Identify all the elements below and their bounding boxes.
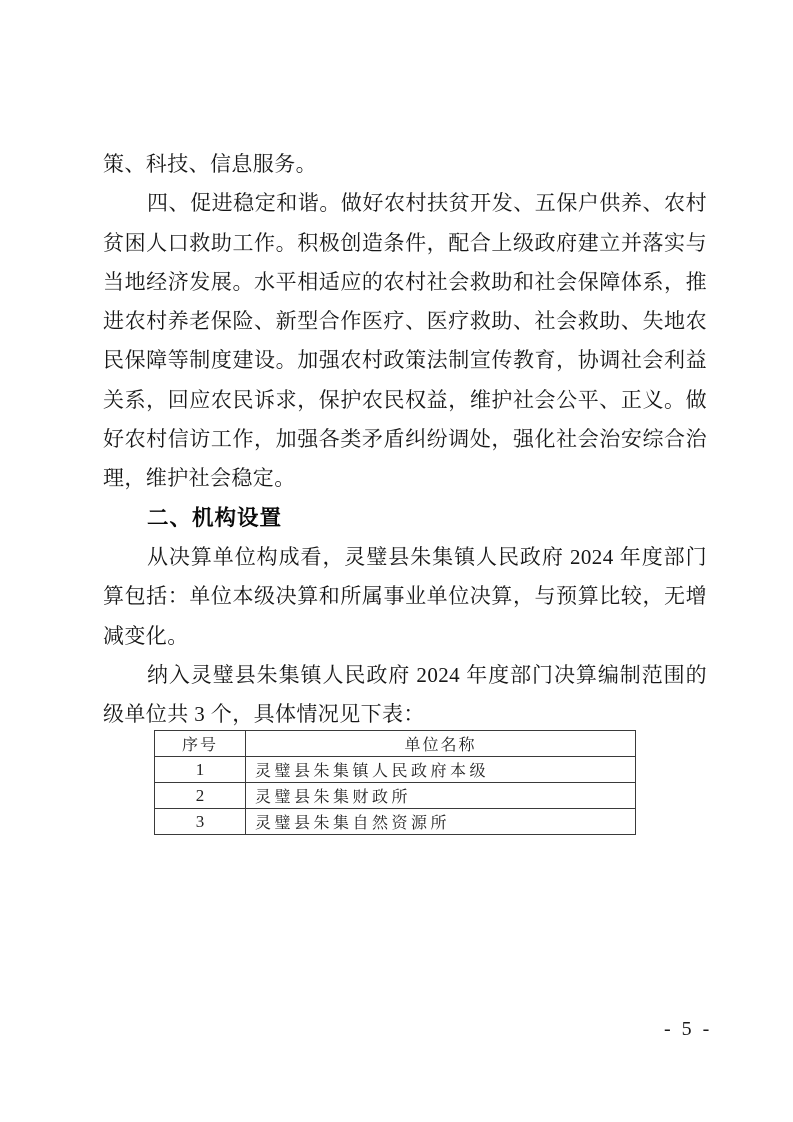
serial-cell: 1	[155, 757, 246, 783]
serial-cell: 2	[155, 783, 246, 809]
org-units-table: 序号 单位名称 1 灵璧县朱集镇人民政府本级 2 灵璧县朱集财政所 3 灵璧县朱…	[154, 730, 636, 835]
text-line: 贫困人口救助工作。积极创造条件，配合上级政府建立并落实与	[103, 224, 707, 263]
table-row: 1 灵璧县朱集镇人民政府本级	[155, 757, 636, 783]
text-line: 理，维护社会稳定。	[103, 459, 707, 498]
unit-name-cell: 灵璧县朱集财政所	[246, 783, 636, 809]
text-line: 算包括：单位本级决算和所属事业单位决算，与预算比较，无增	[103, 577, 707, 616]
text-line: 民保障等制度建设。加强农村政策法制宣传教育，协调社会利益	[103, 341, 707, 380]
page-number: - 5 -	[664, 1018, 712, 1041]
unit-name-cell: 灵璧县朱集自然资源所	[246, 809, 636, 835]
document-body: 策、科技、信息服务。 四、促进稳定和谐。做好农村扶贫开发、五保户供养、农村 贫困…	[103, 145, 707, 734]
text-line: 好农村信访工作，加强各类矛盾纠纷调处，强化社会治安综合治	[103, 420, 707, 459]
text-line: 关系，回应农民诉求，保护农民权益，维护社会公平、正义。做	[103, 381, 707, 420]
text-line: 进农村养老保险、新型合作医疗、医疗救助、社会救助、失地农	[103, 302, 707, 341]
text-line: 级单位共 3 个，具体情况见下表：	[103, 695, 707, 734]
section-heading: 二、机构设置	[103, 499, 707, 538]
table-row: 2 灵璧县朱集财政所	[155, 783, 636, 809]
text-line: 当地经济发展。水平相适应的农村社会救助和社会保障体系，推	[103, 263, 707, 302]
table-row: 3 灵璧县朱集自然资源所	[155, 809, 636, 835]
text-line: 从决算单位构成看，灵璧县朱集镇人民政府 2024 年度部门决	[103, 538, 707, 577]
text-line: 纳入灵璧县朱集镇人民政府 2024 年度部门决算编制范围的二	[103, 656, 707, 695]
text-line: 策、科技、信息服务。	[103, 145, 707, 184]
unit-name-cell: 灵璧县朱集镇人民政府本级	[246, 757, 636, 783]
table-header-row: 序号 单位名称	[155, 731, 636, 757]
text-line: 减变化。	[103, 617, 707, 656]
serial-header-cell: 序号	[155, 731, 246, 757]
unit-name-header-cell: 单位名称	[246, 731, 636, 757]
serial-cell: 3	[155, 809, 246, 835]
document-page: 策、科技、信息服务。 四、促进稳定和谐。做好农村扶贫开发、五保户供养、农村 贫困…	[0, 0, 793, 1122]
text-line: 四、促进稳定和谐。做好农村扶贫开发、五保户供养、农村	[103, 184, 707, 223]
